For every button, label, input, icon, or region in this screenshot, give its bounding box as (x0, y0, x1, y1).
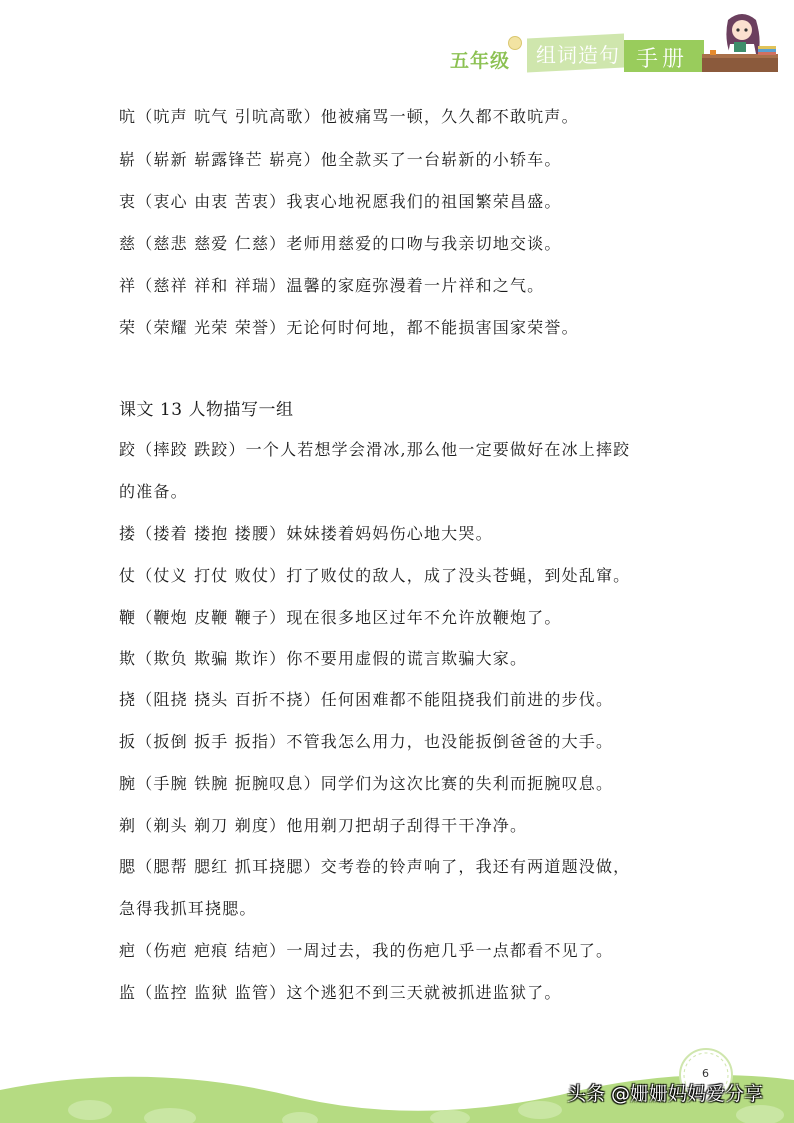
entry-line: 腕（手腕 铁腕 扼腕叹息）同学们为这次比赛的失利而扼腕叹息。 (119, 774, 613, 794)
entry-line: 挠（阻挠 挠头 百折不挠）任何困难都不能阻挠我们前进的步伐。 (119, 690, 613, 710)
entry-line-continuation: 急得我抓耳挠腮。 (119, 899, 257, 919)
entry-line: 监（监控 监狱 监管）这个逃犯不到三天就被抓进监狱了。 (119, 983, 562, 1003)
entry-line: 剃（剃头 剃刀 剃度）他用剃刀把胡子刮得干干净净。 (119, 816, 527, 836)
entry-line: 仗（仗义 打仗 败仗）打了败仗的敌人，成了没头苍蝇，到处乱窜。 (119, 566, 630, 586)
entry-line: 衷（衷心 由衷 苦衷）我衷心地祝愿我们的祖国繁荣昌盛。 (119, 192, 562, 212)
entry-line: 荣（荣耀 光荣 荣誉）无论何时何地，都不能损害国家荣誉。 (119, 318, 579, 338)
lightbulb-icon (508, 36, 522, 50)
entry-line: 慈（慈悲 慈爱 仁慈）老师用慈爱的口吻与我亲切地交谈。 (119, 234, 562, 254)
entry-line: 祥（慈祥 祥和 祥瑞）温馨的家庭弥漫着一片祥和之气。 (119, 276, 544, 296)
grade-label: 五年级 (450, 46, 510, 73)
entry-line: 吭（吭声 吭气 引吭高歌）他被痛骂一顿，久久都不敢吭声。 (119, 107, 579, 127)
title-sub: 手册 (636, 42, 688, 73)
girl-reading-illustration-icon (700, 10, 786, 74)
title-main: 组词造句 (536, 39, 620, 68)
entry-line: 腮（腮帮 腮红 抓耳挠腮）交考卷的铃声响了，我还有两道题没做， (119, 857, 630, 877)
section-title: 课文 13 人物描写一组 (119, 399, 293, 421)
entry-line: 崭（崭新 崭露锋芒 崭亮）他全款买了一台崭新的小轿车。 (119, 150, 562, 170)
entry-line: 跤（摔跤 跌跤）一个人若想学会滑冰,那么他一定要做好在冰上摔跤 (119, 440, 630, 460)
footer-wave-decoration (0, 1020, 794, 1123)
entry-line: 鞭（鞭炮 皮鞭 鞭子）现在很多地区过年不允许放鞭炮了。 (119, 608, 562, 628)
entry-line: 疤（伤疤 疤痕 结疤）一周过去，我的伤疤几乎一点都看不见了。 (119, 941, 613, 961)
entry-line: 搂（搂着 搂抱 搂腰）妹妹搂着妈妈伤心地大哭。 (119, 524, 493, 544)
page-header: 五年级 组词造句 手册 (0, 0, 794, 90)
entry-line-continuation: 的准备。 (119, 482, 188, 502)
entry-line: 欺（欺负 欺骗 欺诈）你不要用虚假的谎言欺骗大家。 (119, 649, 527, 669)
entry-line: 扳（扳倒 扳手 扳指）不管我怎么用力，也没能扳倒爸爸的大手。 (119, 732, 613, 752)
watermark-text: 头条 @姗姗妈妈爱分享 (567, 1079, 763, 1106)
